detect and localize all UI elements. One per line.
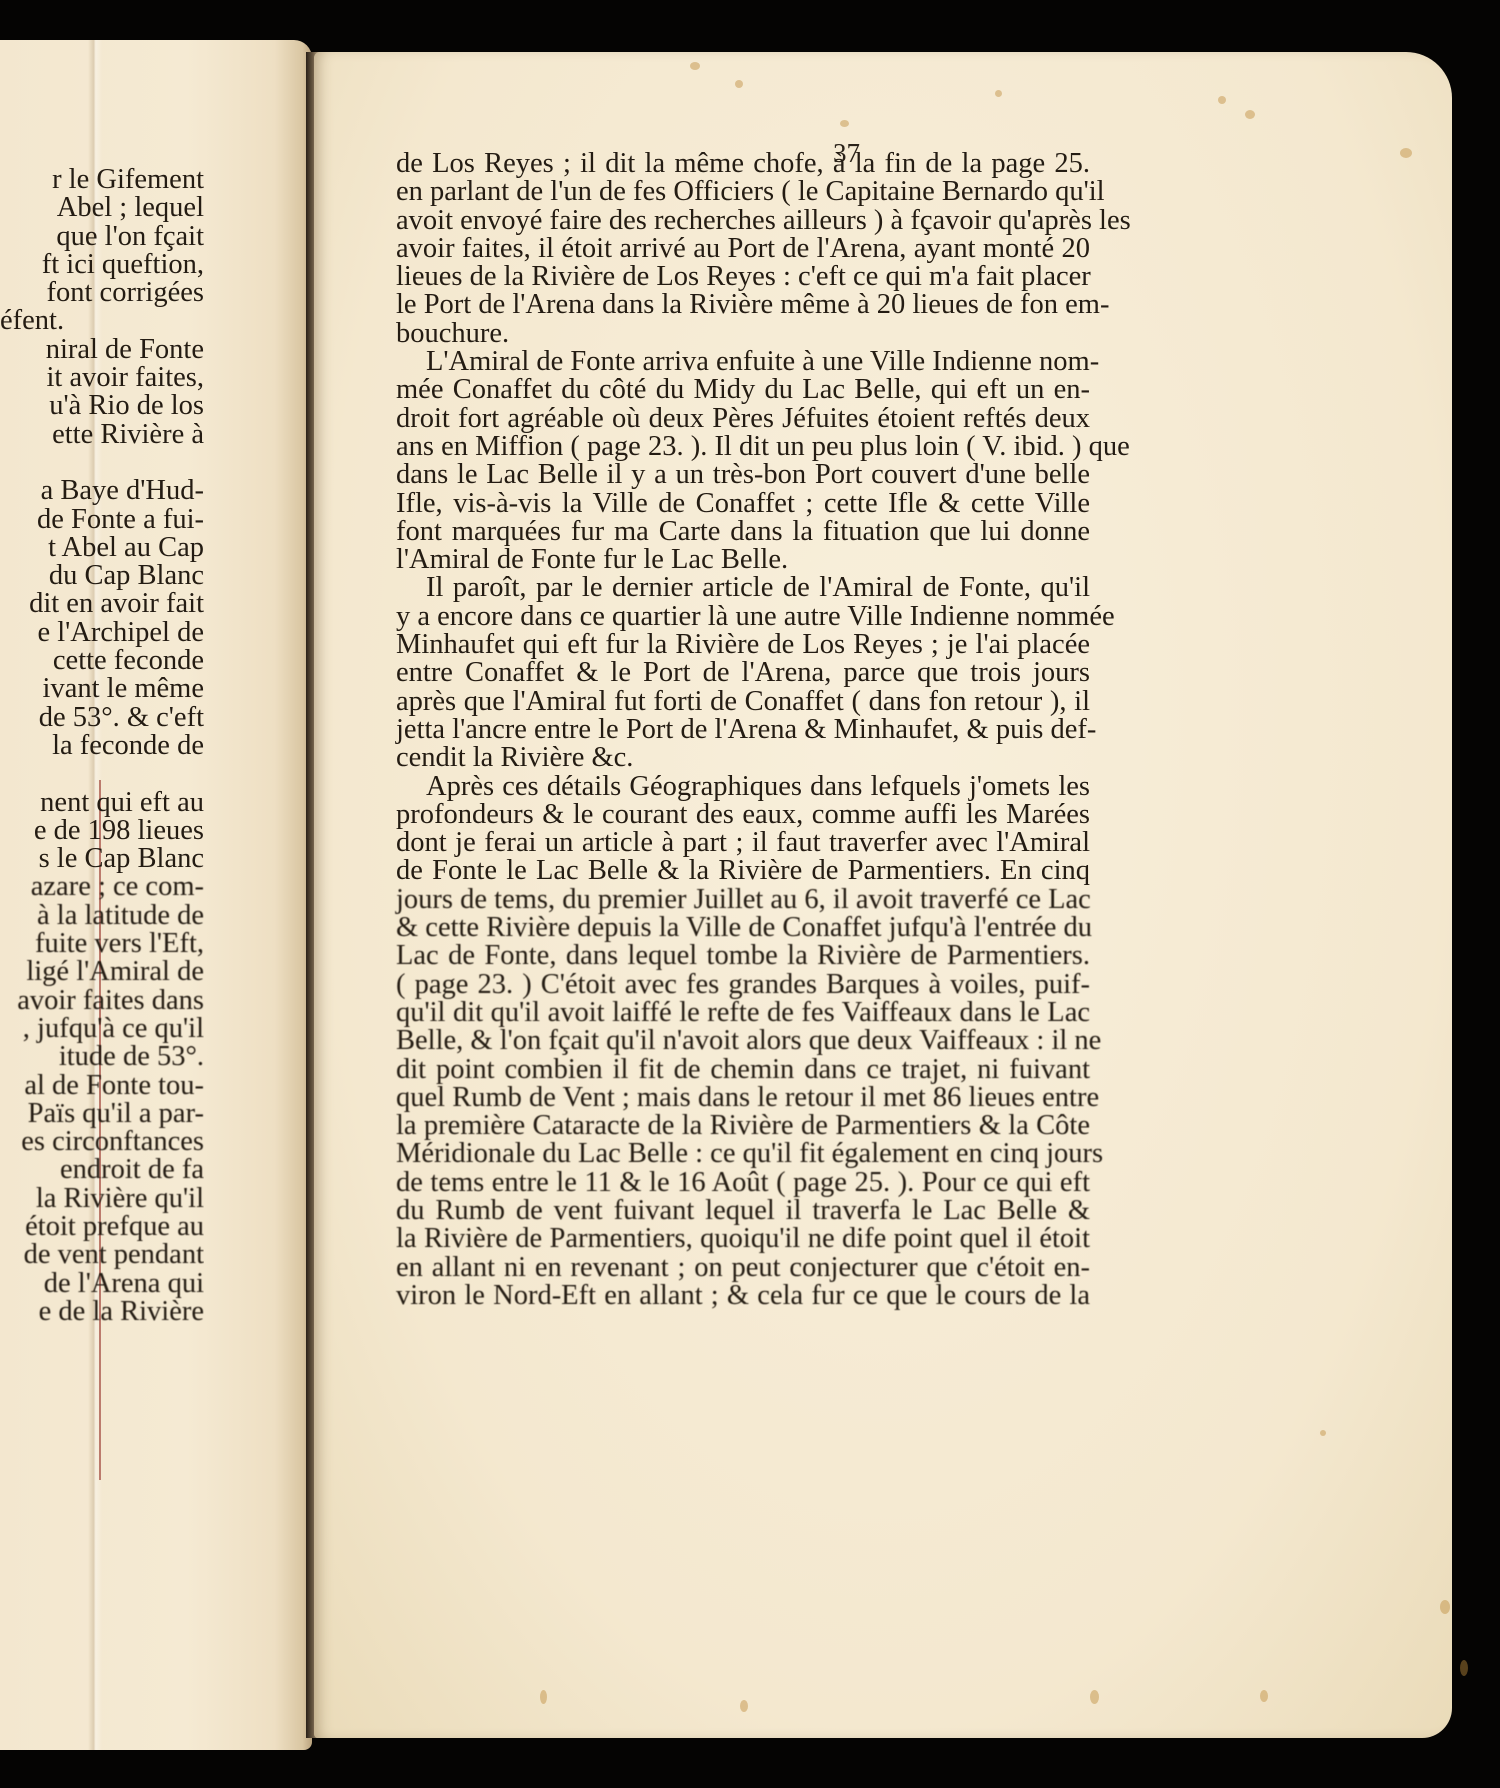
text-line: lieues de la Rivière de Los Reyes : c'ef… bbox=[396, 263, 1090, 291]
blank-line bbox=[0, 449, 204, 477]
paragraph-start: L'Amiral de Fonte arriva enfuite à une V… bbox=[396, 348, 1090, 376]
text-line: du Rumb de vent fuivant lequel il traver… bbox=[396, 1197, 1090, 1225]
text-line: endroit de fa bbox=[0, 1156, 204, 1184]
paragraph-start: Il paroît, par le dernier article de l'A… bbox=[396, 574, 1090, 602]
text-line: t Abel au Cap bbox=[0, 534, 204, 562]
text-line: de Los Reyes ; il dit la même chofe, à l… bbox=[396, 150, 1090, 178]
text-line: ans en Miffion ( page 23. ). Il dit un p… bbox=[396, 433, 1090, 461]
text-line: à la latitude de bbox=[0, 902, 204, 930]
text-line: la feconde de bbox=[0, 732, 204, 760]
text-line: itude de 53°. bbox=[0, 1043, 204, 1071]
text-line: ( page 23. ) C'étoit avec fes grandes Ba… bbox=[396, 971, 1090, 999]
text-line: ligé l'Amiral de bbox=[0, 958, 204, 986]
text-line: de vent pendant bbox=[0, 1241, 204, 1269]
text-line: le Port de l'Arena dans la Rivière même … bbox=[396, 291, 1090, 319]
text-line: mée Conaffet du côté du Midy du Lac Bell… bbox=[396, 376, 1090, 404]
text-line: cette feconde bbox=[0, 647, 204, 675]
text-line: e de la Rivière bbox=[0, 1298, 204, 1326]
text-line: jours de tems, du premier Juillet au 6, … bbox=[396, 886, 1090, 914]
text-line: & cette Rivière depuis la Ville de Conaf… bbox=[396, 914, 1090, 942]
text-line: la Rivière de Parmentiers, quoiqu'il ne … bbox=[396, 1225, 1090, 1253]
text-line: de l'Arena qui bbox=[0, 1270, 204, 1298]
text-line: dans le Lac Belle il y a un très-bon Por… bbox=[396, 461, 1090, 489]
text-line: nent qui eft au bbox=[0, 789, 204, 817]
text-line: dit point combien il fit de chemin dans … bbox=[396, 1056, 1090, 1084]
text-line: dit en avoir fait bbox=[0, 590, 204, 618]
text-line: avoit envoyé faire des recherches ailleu… bbox=[396, 207, 1090, 235]
left-page-text: r le Gifement Abel ; lequel que l'on fça… bbox=[0, 166, 204, 1326]
text-line: la Rivière qu'il bbox=[0, 1185, 204, 1213]
text-line: en allant ni en revenant ; on peut conje… bbox=[396, 1254, 1090, 1282]
text-line: droit fort agréable où deux Pères Jéfuit… bbox=[396, 405, 1090, 433]
text-line: font corrigées bbox=[0, 279, 204, 307]
text-line: jetta l'ancre entre le Port de l'Arena &… bbox=[396, 716, 1090, 744]
right-page-text: de Los Reyes ; il dit la même chofe, à l… bbox=[396, 150, 1090, 1310]
text-line: azare ; ce com- bbox=[0, 873, 204, 901]
text-line: du Cap Blanc bbox=[0, 562, 204, 590]
text-line: Abel ; lequel bbox=[0, 194, 204, 222]
text-line: entre Conaffet & le Port de l'Arena, par… bbox=[396, 659, 1090, 687]
text-line: cendit la Rivière &c. bbox=[396, 744, 1090, 772]
text-line: a Baye d'Hud- bbox=[0, 477, 204, 505]
text-line: e l'Archipel de bbox=[0, 619, 204, 647]
text-line: , jufqu'à ce qu'il bbox=[0, 1015, 204, 1043]
text-line: s le Cap Blanc bbox=[0, 845, 204, 873]
text-line: niral de Fonte bbox=[0, 336, 204, 364]
text-line: viron le Nord-Eft en allant ; & cela fur… bbox=[396, 1282, 1090, 1310]
text-line: de Fonte le Lac Belle & la Rivière de Pa… bbox=[396, 857, 1090, 885]
text-line: avoir faites dans bbox=[0, 987, 204, 1015]
text-line: ft ici queftion, bbox=[0, 251, 204, 279]
text-line: font marquées fur ma Carte dans la fitua… bbox=[396, 518, 1090, 546]
text-line: Minhaufet qui eft fur la Rivière de Los … bbox=[396, 631, 1090, 659]
blank-line bbox=[0, 760, 204, 788]
text-line: l'Amiral de Fonte fur le Lac Belle. bbox=[396, 546, 1090, 574]
text-line: après que l'Amiral fut forti de Conaffet… bbox=[396, 688, 1090, 716]
text-line: la première Cataracte de la Rivière de P… bbox=[396, 1112, 1090, 1140]
text-line: éfent. bbox=[0, 307, 204, 335]
text-line: bouchure. bbox=[396, 320, 1090, 348]
text-line: Belle, & l'on fçait qu'il n'avoit alors … bbox=[396, 1027, 1090, 1055]
text-line: Païs qu'il a par- bbox=[0, 1100, 204, 1128]
text-line: Lac de Fonte, dans lequel tombe la Riviè… bbox=[396, 942, 1090, 970]
text-line: dont je ferai un article à part ; il fau… bbox=[396, 829, 1090, 857]
text-line: es circonftances bbox=[0, 1128, 204, 1156]
text-line: u'à Rio de los bbox=[0, 392, 204, 420]
text-line: fuite vers l'Eft, bbox=[0, 930, 204, 958]
text-line: qu'il dit qu'il avoit laiffé le refte de… bbox=[396, 999, 1090, 1027]
text-line: Méridionale du Lac Belle : ce qu'il fit … bbox=[396, 1140, 1090, 1168]
text-line: avoir faites, il étoit arrivé au Port de… bbox=[396, 235, 1090, 263]
text-line: it avoir faites, bbox=[0, 364, 204, 392]
text-line: de Fonte a fui- bbox=[0, 506, 204, 534]
text-line: ette Rivière à bbox=[0, 421, 204, 449]
text-line: y a encore dans ce quartier là une autre… bbox=[396, 603, 1090, 631]
text-line: profondeurs & le courant des eaux, comme… bbox=[396, 801, 1090, 829]
text-line: de tems entre le 11 & le 16 Août ( page … bbox=[396, 1169, 1090, 1197]
text-line: quel Rumb de Vent ; mais dans le retour … bbox=[396, 1084, 1090, 1112]
text-line: étoit prefque au bbox=[0, 1213, 204, 1241]
text-line: de 53°. & c'eft bbox=[0, 704, 204, 732]
text-line: r le Gifement bbox=[0, 166, 204, 194]
text-line: e de 198 lieues bbox=[0, 817, 204, 845]
paragraph-start: Après ces détails Géographiques dans lef… bbox=[396, 773, 1090, 801]
text-line: al de Fonte tou- bbox=[0, 1072, 204, 1100]
text-line: en parlant de l'un de fes Officiers ( le… bbox=[396, 178, 1090, 206]
text-line: ivant le même bbox=[0, 675, 204, 703]
text-line: Ifle, vis-à-vis la Ville de Conaffet ; c… bbox=[396, 490, 1090, 518]
text-line: que l'on fçait bbox=[0, 223, 204, 251]
